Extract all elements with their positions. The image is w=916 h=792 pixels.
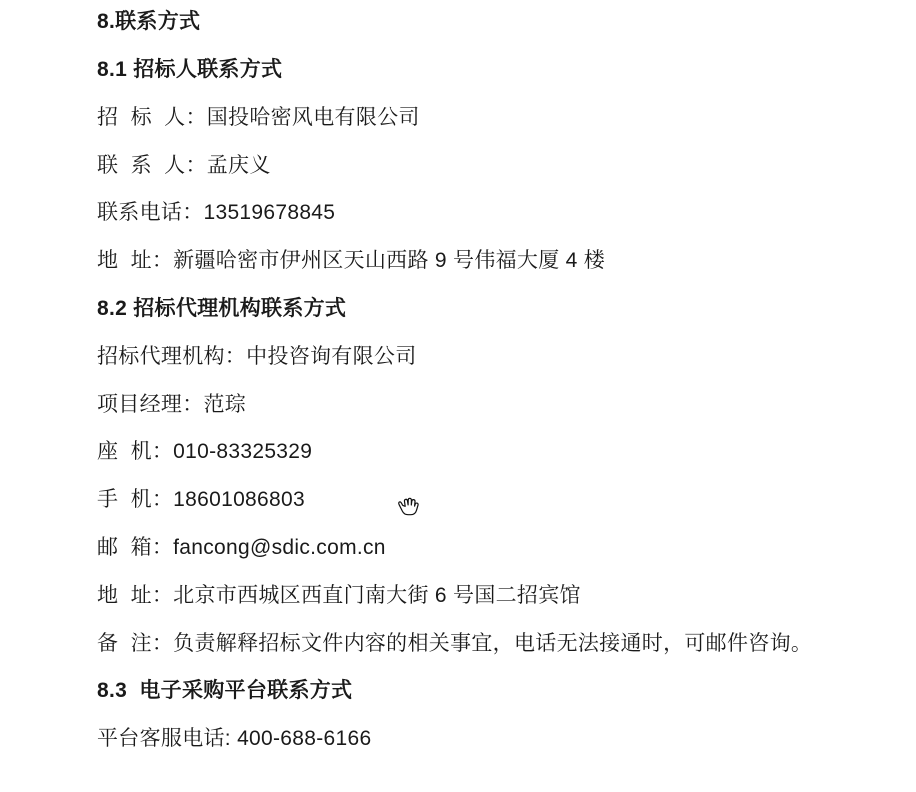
section-8-3-heading: 8.3 电子采购平台联系方式 <box>97 680 352 701</box>
agency-line: 招标代理机构：中投咨询有限公司 <box>97 346 417 367</box>
mobile-line: 手 机：18601086803 <box>97 489 305 510</box>
email-line: 邮 箱：fancong@sdic.com.cn <box>97 537 386 558</box>
landline-line: 座 机：010-83325329 <box>97 441 312 462</box>
section-8-heading: 8.联系方式 <box>97 11 200 32</box>
platform-hotline-line: 平台客服电话: 400-688-6166 <box>97 728 371 749</box>
bidder-line: 招 标 人：国投哈密风电有限公司 <box>97 107 420 128</box>
contact-phone-line: 联系电话：13519678845 <box>97 202 335 223</box>
contact-person-line: 联 系 人：孟庆义 <box>97 155 271 176</box>
section-8-2-heading: 8.2 招标代理机构联系方式 <box>97 298 346 319</box>
bidder-address-line: 地 址：新疆哈密市伊州区天山西路 9 号伟福大厦 4 楼 <box>97 250 605 271</box>
grab-hand-cursor <box>392 492 426 523</box>
section-8-1-heading: 8.1 招标人联系方式 <box>97 59 282 80</box>
document-page: 8.联系方式 8.1 招标人联系方式 招 标 人：国投哈密风电有限公司 联 系 … <box>0 0 916 792</box>
project-manager-line: 项目经理：范琮 <box>97 394 246 415</box>
remark-line: 备 注：负责解释招标文件内容的相关事宜，电话无法接通时，可邮件咨询。 <box>97 633 812 654</box>
agency-address-line: 地 址：北京市西城区西直门南大街 6 号国二招宾馆 <box>97 585 581 606</box>
